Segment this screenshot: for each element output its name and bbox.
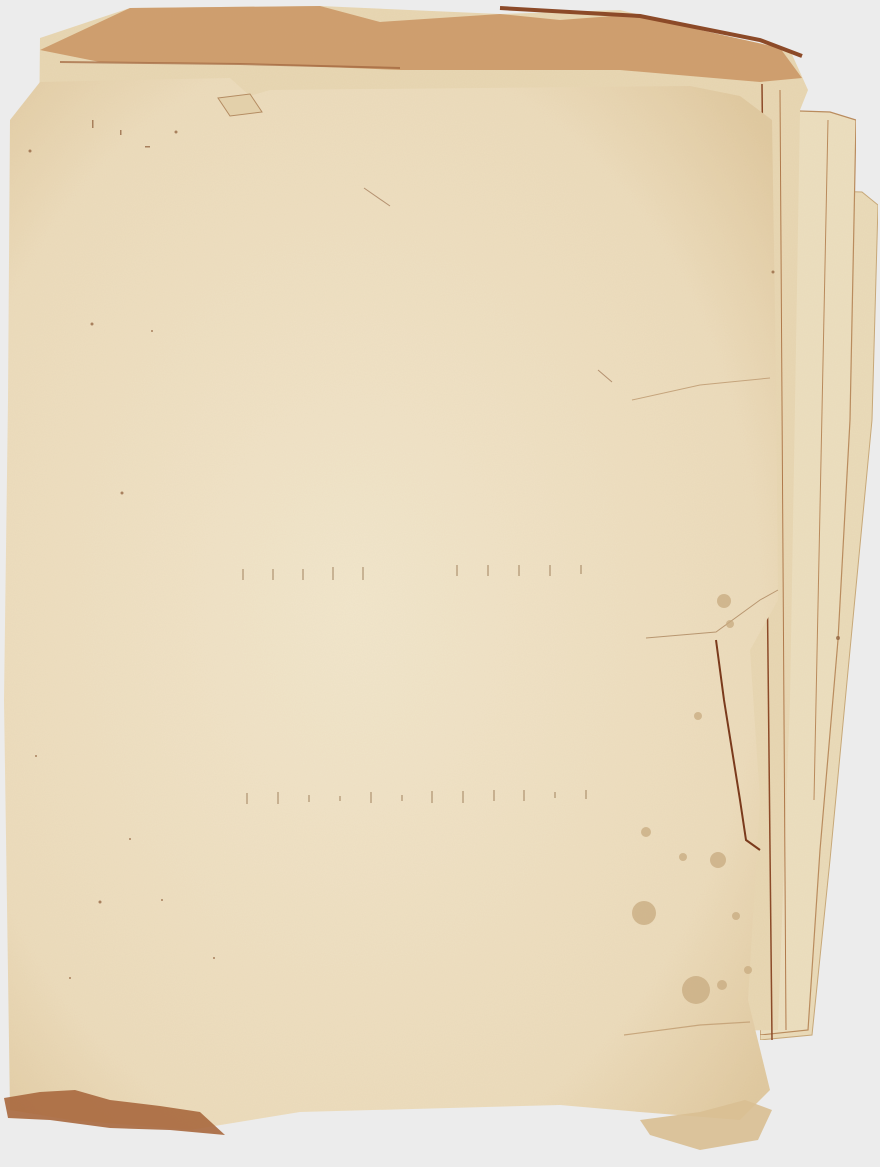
paper-stack-image [0, 0, 880, 1167]
paper-stack-illustration [0, 0, 880, 1167]
front-sheet [4, 78, 778, 1150]
